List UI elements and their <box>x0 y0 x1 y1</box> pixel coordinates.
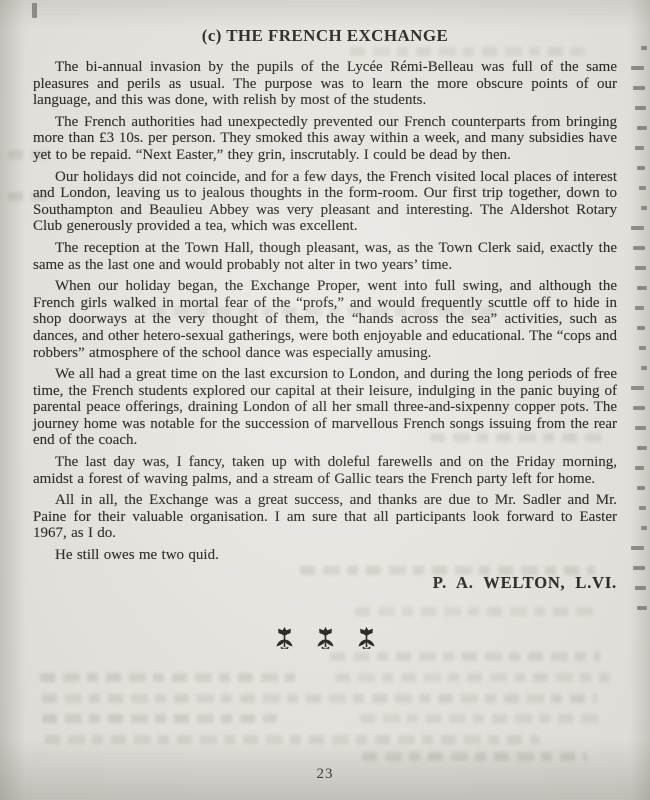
author-signature: P. A. WELTON, L.VI. <box>33 573 617 593</box>
scan-edge-dash <box>631 66 644 70</box>
paragraph-2: The French authorities had unexpectedly … <box>33 114 617 164</box>
flower-ornament-icon <box>275 627 294 650</box>
article-title: (c) THE FRENCH EXCHANGE <box>33 26 617 46</box>
scan-edge-dash <box>635 586 646 590</box>
scan-edge-dash <box>635 426 646 430</box>
scan-edge-dash <box>639 506 646 510</box>
paragraph-1: The bi-annual invasion by the pupils of … <box>33 59 617 109</box>
scan-edge-dash <box>633 566 645 570</box>
scan-edge-dash <box>641 206 647 210</box>
bleed-through-texture <box>335 673 610 682</box>
ornament-row <box>33 627 617 650</box>
bleed-through-texture <box>45 735 540 744</box>
bleed-through-texture <box>330 652 600 661</box>
scan-edge-dash <box>633 406 645 410</box>
bleed-through-texture <box>40 673 295 682</box>
scan-edge-dash <box>631 386 644 390</box>
scan-edge-dash <box>641 526 647 530</box>
bleed-through-texture <box>360 714 605 723</box>
paragraph-9: He still owes me two quid. <box>33 547 617 564</box>
scan-edge-dash <box>637 446 647 450</box>
flower-ornament-icon <box>357 627 376 650</box>
paragraph-4: The reception at the Town Hall, though p… <box>33 240 617 273</box>
scan-edge-dash <box>637 286 647 290</box>
paragraph-3: Our holidays did not coincide, and for a… <box>33 169 617 235</box>
scan-edge-dash <box>637 166 645 170</box>
page-number: 23 <box>0 766 650 783</box>
scan-edge-dash <box>635 146 644 150</box>
scan-edge-dash <box>639 346 646 350</box>
flower-ornament-icon <box>316 627 335 650</box>
scan-edge-dash <box>635 466 644 470</box>
article: (c) THE FRENCH EXCHANGE The bi-annual in… <box>33 24 617 650</box>
scan-edge-dash <box>635 266 646 270</box>
paragraph-7: The last day was, I fancy, taken up with… <box>33 454 617 487</box>
scan-edge-dash <box>637 606 647 610</box>
scan-edge-dash <box>637 486 645 490</box>
paragraph-8: All in all, the Exchange was a great suc… <box>33 492 617 542</box>
paragraph-5: When our holiday began, the Exchange Pro… <box>33 278 617 361</box>
scan-edge-dash <box>635 106 646 110</box>
scan-edge-dash <box>639 186 646 190</box>
scan-edge-dash <box>631 226 644 230</box>
scan-edge-dash <box>635 306 644 310</box>
scan-edge-dash <box>641 46 647 50</box>
scan-edge-dash <box>633 86 645 90</box>
scan-edge-dash <box>637 326 645 330</box>
bleed-through-texture <box>362 752 587 761</box>
scan-edge-nick <box>32 3 37 18</box>
scan-edge-dash <box>637 126 647 130</box>
magazine-page: (c) THE FRENCH EXCHANGE The bi-annual in… <box>0 0 650 800</box>
bleed-through-texture <box>42 714 277 723</box>
scan-edge-dash <box>631 546 644 550</box>
scan-edge-dash <box>633 246 645 250</box>
scan-edge-dash <box>641 366 647 370</box>
bleed-through-texture <box>42 694 597 703</box>
paragraph-6: We all had a great time on the last excu… <box>33 366 617 449</box>
